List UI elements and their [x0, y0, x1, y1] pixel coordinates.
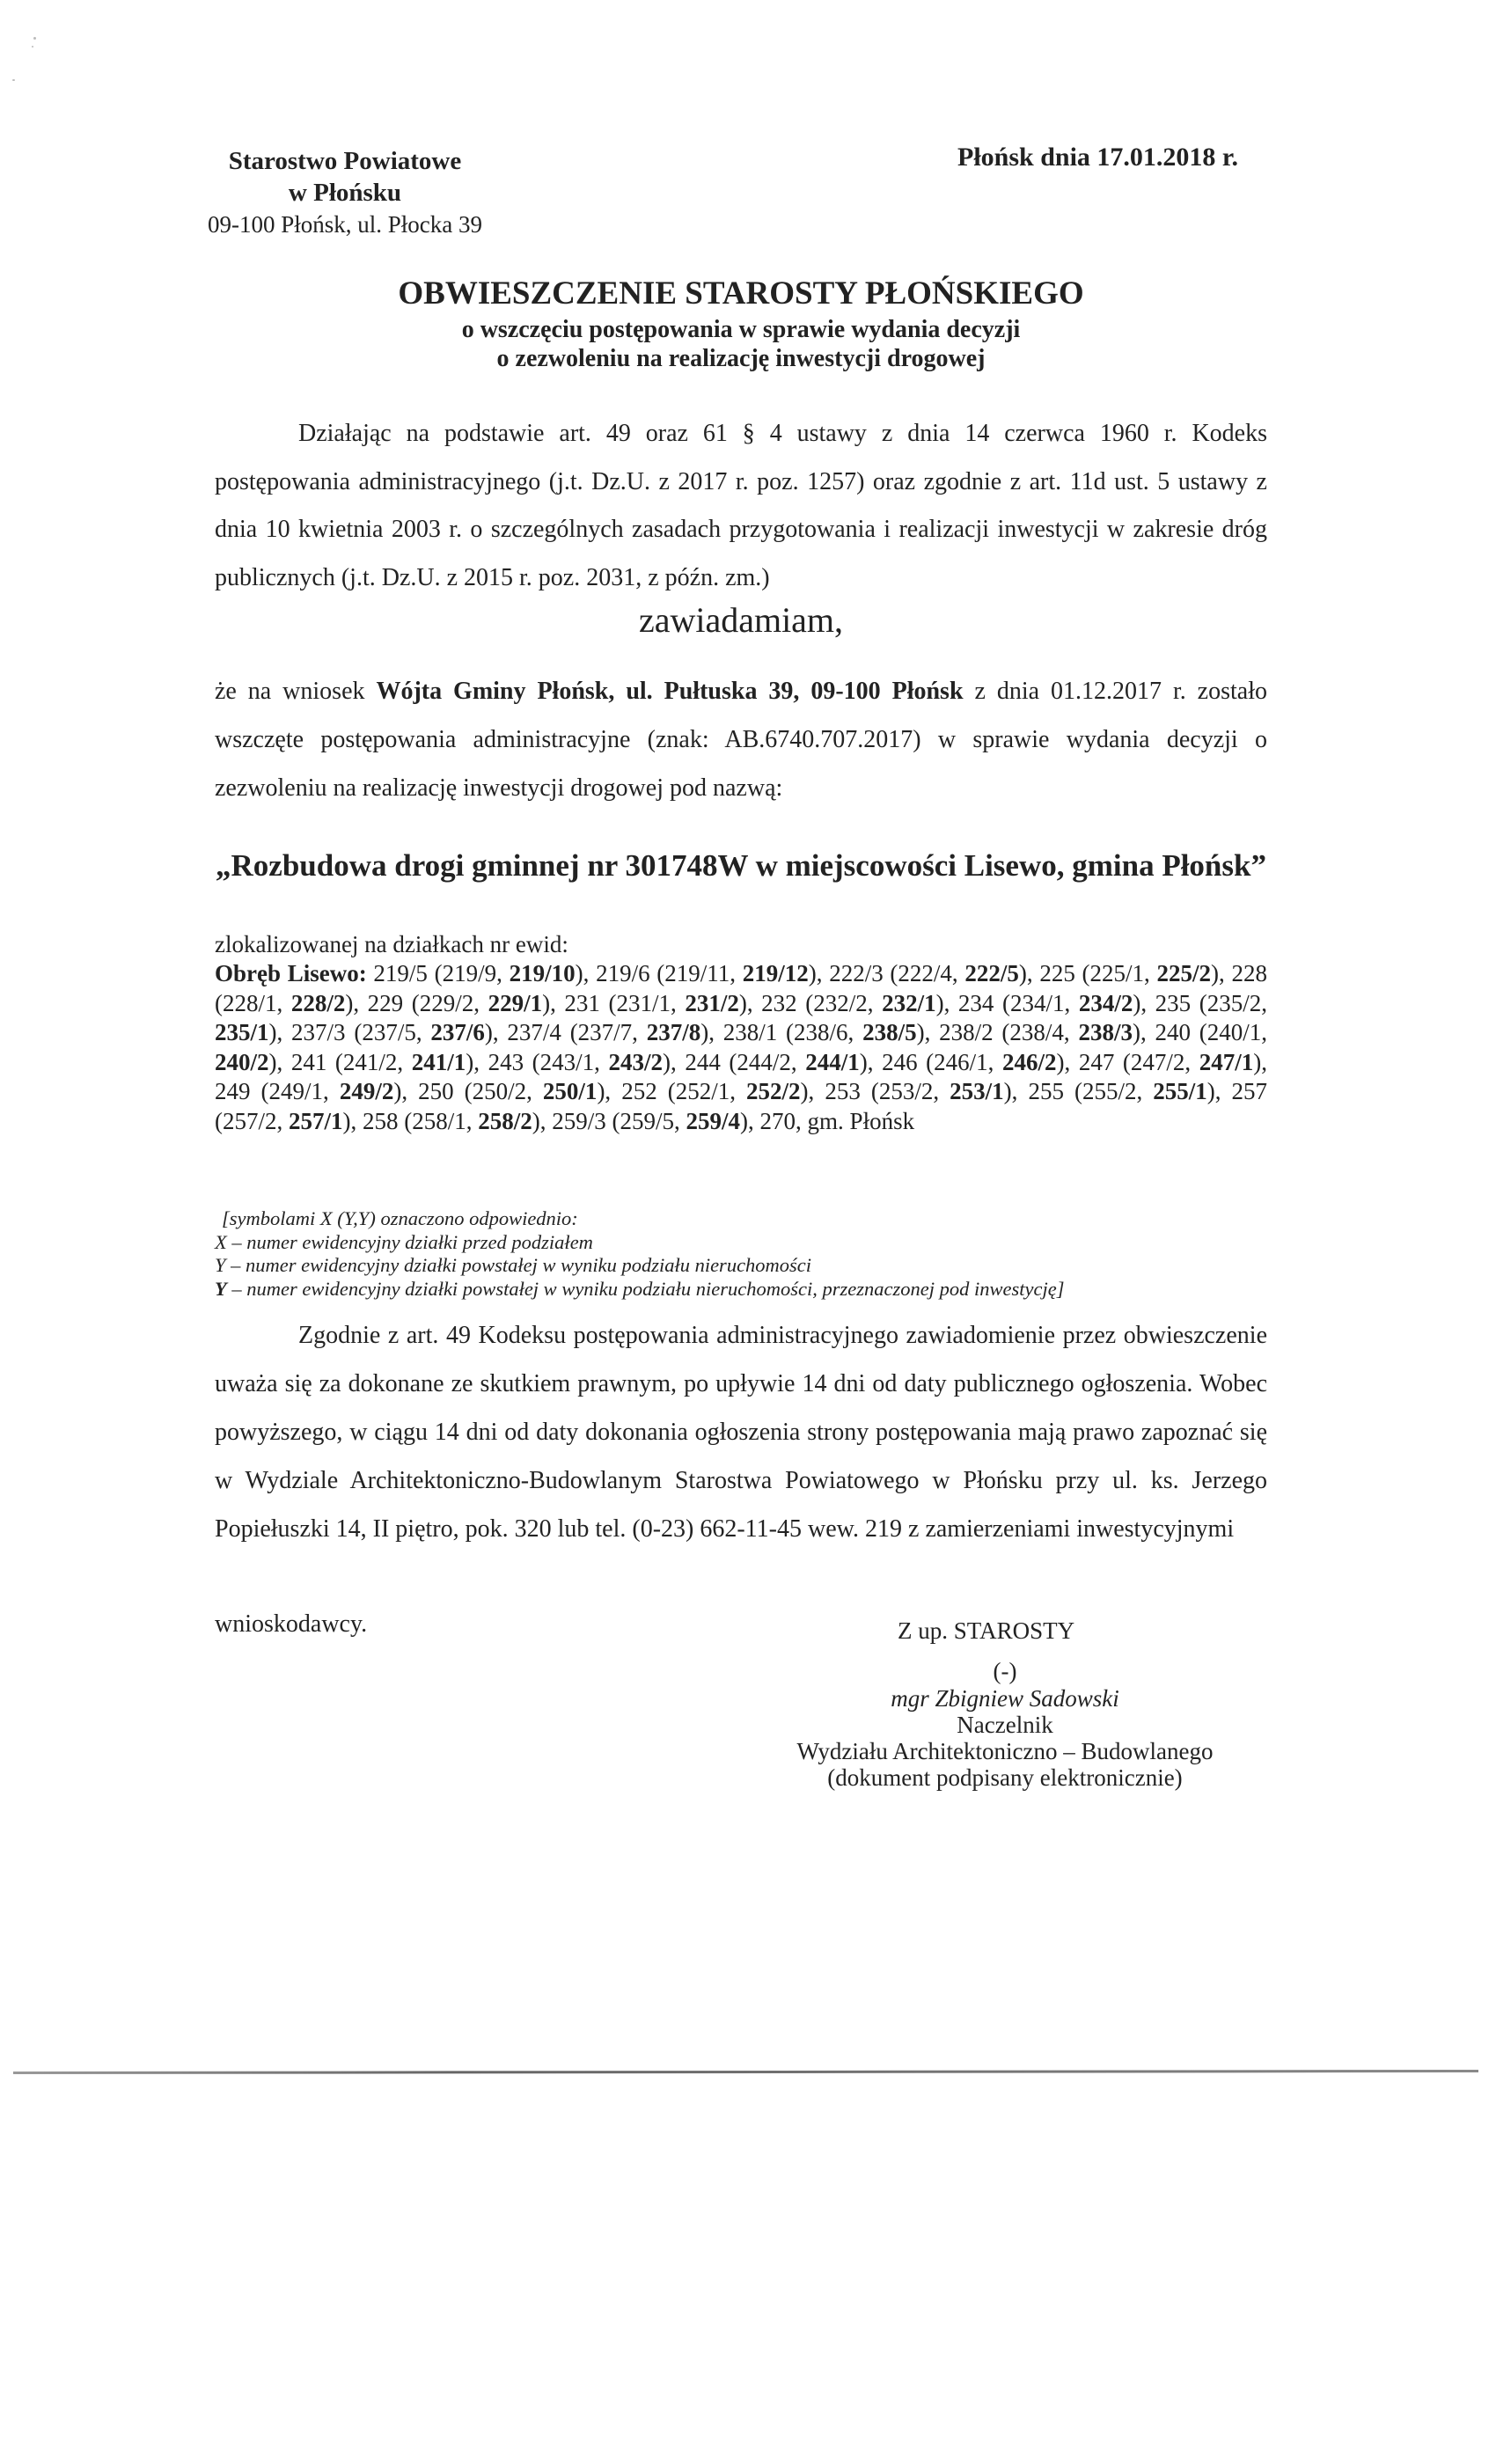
signature-note: (dokument podpisany elektronicznie)	[759, 1764, 1251, 1791]
document-subtitle-line1: o wszczęciu postępowania w sprawie wydan…	[215, 315, 1267, 344]
legend-y-bold-desc: – numer ewidencyjny działki powstałej w …	[227, 1278, 1065, 1300]
legend-x-desc: – numer ewidencyjny działki przed podzia…	[227, 1231, 593, 1253]
parcel-entry: 258 (258/1, 258/2),	[363, 1108, 552, 1134]
parcel-entry: 249 (249/1, 249/2),	[215, 1078, 418, 1104]
investment-name: „Rozbudowa drogi gminnej nr 301748W w mi…	[215, 845, 1267, 887]
signature-block: Z up. STAROSTY (-) mgr Zbigniew Sadowski…	[759, 1613, 1251, 1791]
signed-mark: (-)	[759, 1657, 1251, 1685]
parcel-entry: 237/4 (237/7, 237/8),	[507, 1019, 722, 1045]
notify-word: zawiadamiam,	[215, 598, 1267, 642]
parcel-area-label: Obręb Lisewo:	[215, 960, 367, 986]
parcel-entry: 219/6 (219/11, 219/12),	[596, 960, 829, 986]
parcel-entry: 253 (253/2, 253/1),	[825, 1078, 1028, 1104]
parcel-entry: 238/2 (238/4, 238/3),	[939, 1019, 1155, 1045]
parcel-entry: 237/3 (237/5, 237/6),	[291, 1019, 507, 1045]
parcel-entry: 238/1 (238/6, 238/5),	[723, 1019, 939, 1045]
parcel-entry: 219/5 (219/9, 219/10),	[373, 960, 596, 986]
parcel-entry: 252 (252/1, 252/2),	[621, 1078, 825, 1104]
legend-y-bold: Y – numer ewidencyjny działki powstałej …	[215, 1278, 1271, 1302]
parcel-entry: 246 (246/1, 246/2),	[882, 1049, 1079, 1075]
parcel-items: 219/5 (219/9, 219/10), 219/6 (219/11, 21…	[215, 960, 1267, 1134]
office-name: Starostwo Powiatowe	[204, 145, 486, 177]
scan-speck	[32, 46, 33, 48]
symbol-legend: [symbolami X (Y,Y) oznaczono odpowiednio…	[215, 1207, 1271, 1301]
legend-x: X – numer ewidencyjny działki przed podz…	[215, 1231, 1271, 1255]
parcels-intro: zlokalizowanej na działkach nr ewid:	[215, 930, 568, 959]
legend-intro: [symbolami X (Y,Y) oznaczono odpowiednio…	[215, 1207, 1271, 1231]
legend-x-symbol: X	[215, 1231, 227, 1253]
parcel-entry: 232 (232/2, 232/1),	[761, 990, 958, 1016]
document-title-block: OBWIESZCZENIE STAROSTY PŁOŃSKIEGO o wszc…	[215, 273, 1267, 373]
on-behalf-of: Z up. STAROSTY	[759, 1613, 1251, 1648]
final-paragraph-last-line: wnioskodawcy.	[215, 1600, 367, 1648]
document-title: OBWIESZCZENIE STAROSTY PŁOŃSKIEGO	[215, 273, 1267, 315]
parcel-entry: 259/3 (259/5, 259/4),	[552, 1108, 759, 1134]
parcel-entry: 222/3 (222/4, 222/5),	[829, 960, 1039, 986]
issuing-office: Starostwo Powiatowe w Płońsku 09-100 Pło…	[204, 145, 486, 240]
parcel-entry: 229 (229/2, 229/1),	[368, 990, 565, 1016]
parcel-entry: 241 (241/2, 241/1),	[291, 1049, 488, 1075]
office-city: w Płońsku	[204, 177, 486, 209]
parcel-entry: 255 (255/2, 255/1),	[1028, 1078, 1231, 1104]
parcel-entry: 250 (250/2, 250/1),	[418, 1078, 621, 1104]
final-paragraph: Zgodnie z art. 49 Kodeksu postępowania a…	[215, 1311, 1267, 1553]
document-subtitle-line2: o zezwoleniu na realizację inwestycji dr…	[215, 344, 1267, 373]
legal-basis-paragraph: Działając na podstawie art. 49 oraz 61 §…	[215, 410, 1267, 602]
parcel-list: Obręb Lisewo: 219/5 (219/9, 219/10), 219…	[215, 959, 1267, 1136]
parcel-entry: 231 (231/1, 231/2),	[564, 990, 761, 1016]
parcel-entry: 243 (243/1, 243/2),	[488, 1049, 686, 1075]
place-date: Płońsk dnia 17.01.2018 r.	[957, 143, 1238, 172]
parcel-entry: 225 (225/1, 225/2),	[1039, 960, 1231, 986]
parcel-entry: 244 (244/2, 244/1),	[685, 1049, 882, 1075]
legend-y-symbol: Y	[215, 1254, 226, 1276]
parcel-entry: 247 (247/2, 247/1),	[1079, 1049, 1267, 1075]
scan-speck	[33, 37, 36, 40]
signatory-position: Naczelnik	[759, 1712, 1251, 1738]
page-edge-rule	[13, 2070, 1478, 2074]
signatory-name: mgr Zbigniew Sadowski	[759, 1685, 1251, 1712]
request-paragraph: że na wniosek Wójta Gminy Płońsk, ul. Pu…	[215, 667, 1267, 812]
applicant: Wójta Gminy Płońsk, ul. Pułtuska 39, 09-…	[376, 678, 963, 705]
parcels-tail: 270, gm. Płońsk	[760, 1108, 915, 1134]
office-address: 09-100 Płońsk, ul. Płocka 39	[204, 209, 486, 240]
signatory-department: Wydziału Architektoniczno – Budowlanego	[759, 1738, 1251, 1764]
request-prefix: że na wniosek	[215, 678, 376, 705]
legend-y-bold-symbol: Y	[215, 1278, 227, 1300]
legend-y: Y – numer ewidencyjny działki powstałej …	[215, 1254, 1271, 1278]
scan-speck	[12, 79, 15, 81]
parcel-entry: 234 (234/1, 234/2),	[958, 990, 1155, 1016]
legend-y-desc: – numer ewidencyjny działki powstałej w …	[226, 1254, 812, 1276]
